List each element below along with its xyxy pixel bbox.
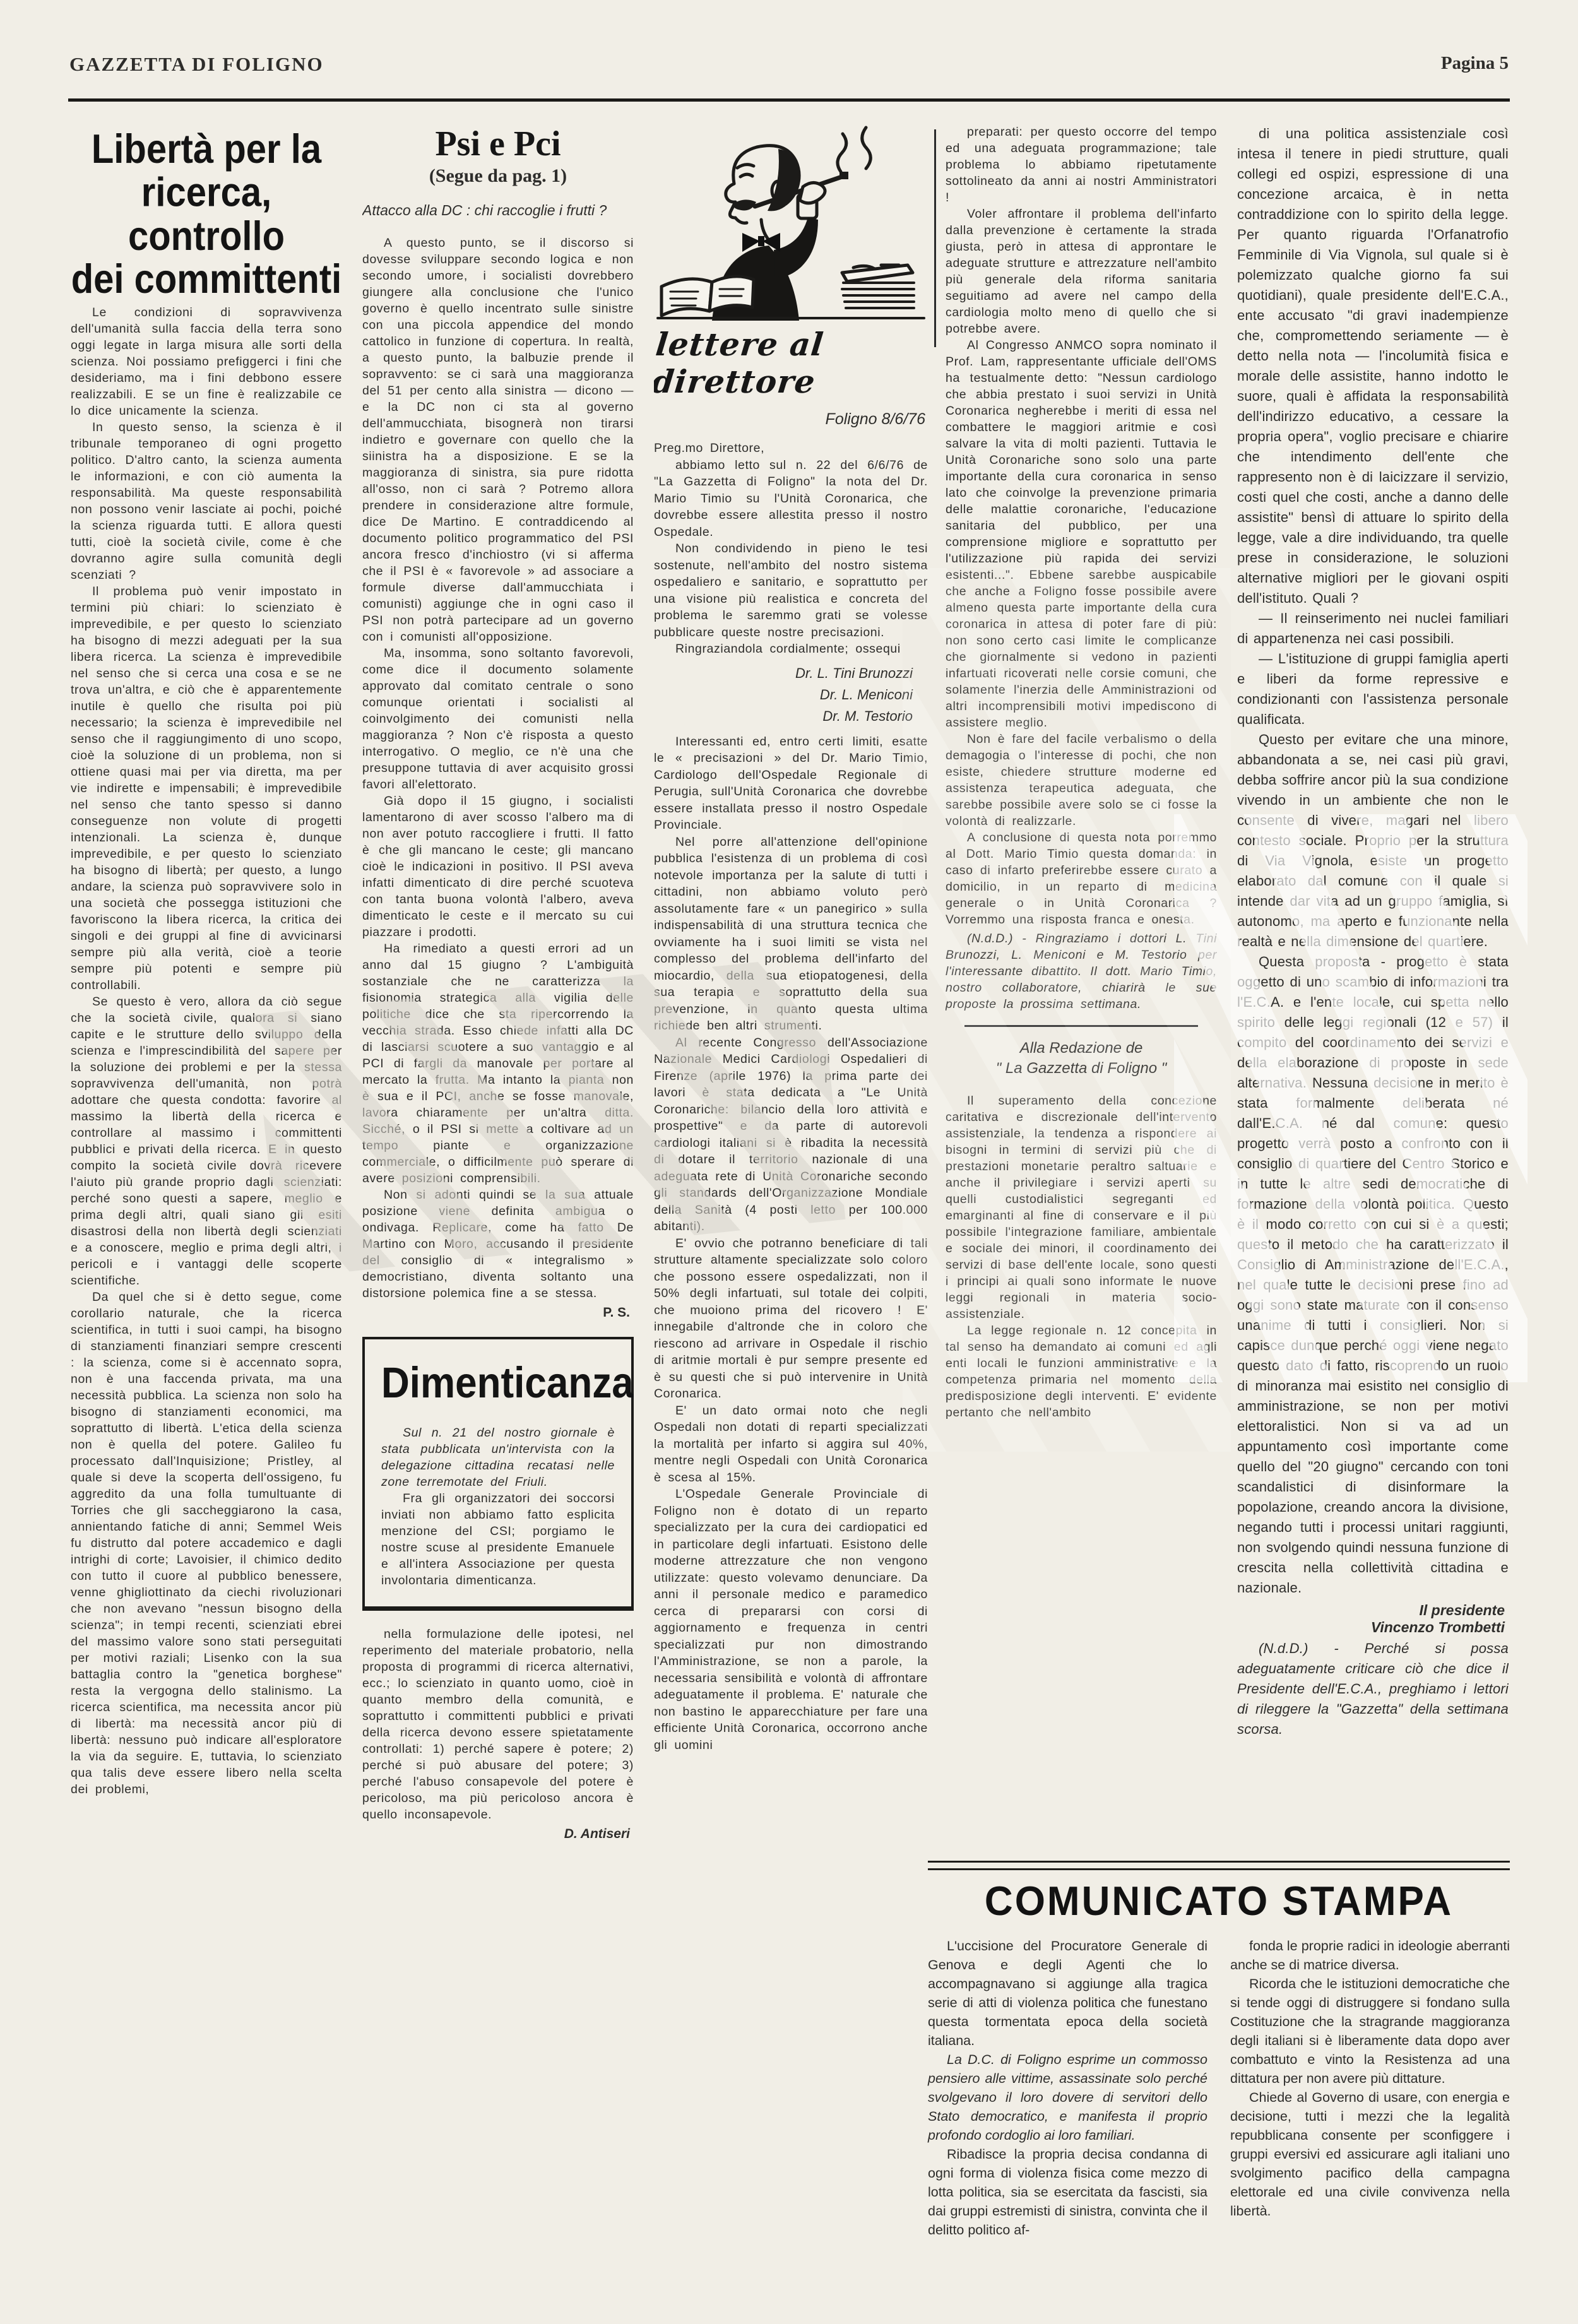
header-rule — [68, 98, 1510, 102]
paragraph: La legge regionale n. 12 concepita in ta… — [946, 1322, 1217, 1421]
article-liberta-body: Le condizioni di sopravvivenza dell'uman… — [71, 304, 342, 1798]
paragraph: Già dopo il 15 giugno, i socialisti lame… — [362, 793, 634, 940]
paragraph: Non si adonti quindi se la sua attuale p… — [362, 1187, 634, 1301]
address-heading: " La Gazzetta di Foligno " — [946, 1058, 1217, 1079]
paragraph: Ringraziandola cordialmente; ossequi — [654, 641, 928, 658]
paragraph: Nel porre all'attenzione dell'opinione p… — [654, 834, 928, 1035]
address-heading: Alla Redazione de — [946, 1038, 1217, 1058]
paragraph: Se questo è vero, allora da ciò segue ch… — [71, 993, 342, 1289]
comunicato-left: L'uccisione del Procuratore Generale di … — [928, 1936, 1207, 2239]
paragraph: L'Ospedale Generale Provinciale di Folig… — [654, 1486, 928, 1753]
column-3: lettere al direttore Foligno 8/6/76 Preg… — [654, 124, 928, 2314]
paragraph: Chiede al Governo di usare, con energia … — [1230, 2088, 1510, 2220]
paragraph: Ribadisce la propria decisa condanna di … — [928, 2145, 1207, 2239]
paragraph: Ha rimediato a questi errori ad un anno … — [362, 940, 634, 1187]
paragraph: — Il reinserimento nei nuclei familiari … — [1237, 608, 1509, 649]
paragraph: preparati: per questo occorre del tempo … — [946, 124, 1217, 206]
editors-note: (N.d.D.) - Ringraziamo i dottori L. Tini… — [946, 930, 1217, 1012]
headline-line: ricerca, controllo — [128, 170, 285, 259]
comunicato-columns: L'uccisione del Procuratore Generale di … — [928, 1936, 1510, 2239]
signature-antiseri: D. Antiseri — [362, 1827, 630, 1842]
paragraph: di una politica assistenziale così intes… — [1237, 124, 1509, 608]
article-kicker: Attacco alla DC : chi raccoglie i frutti… — [362, 201, 634, 220]
column-4: preparati: per questo occorre del tempo … — [946, 124, 1217, 1858]
comunicato-stampa: COMUNICATO STAMPA L'uccisione del Procur… — [928, 1861, 1510, 2239]
paragraph: In questo senso, la scienza è il tribuna… — [71, 419, 342, 583]
paragraph: Interessanti ed, entro certi limiti, esa… — [654, 733, 928, 834]
article-liberta-continuation: nella formulazione delle ipotesi, nel re… — [362, 1626, 634, 1823]
paragraph: Al Congresso ANMCO sopra nominato il Pro… — [946, 337, 1217, 731]
paragraph: Fra gli organizzatori dei soccorsi invia… — [381, 1490, 615, 1589]
headline-comunicato: COMUNICATO STAMPA — [928, 1878, 1510, 1925]
paragraph: Non condividendo in pieno le tesi sosten… — [654, 540, 928, 641]
letter-signatures: Dr. L. Tini Brunozzi Dr. L. Meniconi Dr.… — [654, 663, 913, 727]
salutation: Preg.mo Direttore, — [654, 440, 928, 457]
column-2: Psi e Pci (Segue da pag. 1) Attacco alla… — [362, 124, 634, 2314]
paragraph: Il superamento della concezione caritati… — [946, 1093, 1217, 1322]
reply-continuation: preparati: per questo occorre del tempo … — [946, 124, 1217, 928]
column-1: Libertà per la ricerca, controllo dei co… — [71, 124, 342, 2314]
paragraph: fonda le proprie radici in ideologie abe… — [1230, 1936, 1510, 1974]
paragraph: Le condizioni di sopravvivenza dell'uman… — [71, 304, 342, 419]
paragraph: E' un dato ormai noto che negli Ospedali… — [654, 1402, 928, 1486]
signature-name: Vincenzo Trombetti — [1237, 1619, 1505, 1636]
dimenticanza-body: Sul n. 21 del nostro giornale è stata pu… — [381, 1425, 615, 1589]
column-5: di una politica assistenziale così intes… — [1237, 124, 1509, 1858]
paragraph: (N.d.D.) - Ringraziamo i dottori L. Tini… — [946, 930, 1217, 1012]
paragraph: La D.C. di Foligno esprime un commosso p… — [928, 2050, 1207, 2145]
eca-letter-start: Il superamento della concezione caritati… — [946, 1093, 1217, 1421]
letter-body: Preg.mo Direttore, — [654, 440, 928, 457]
page-header: GAZZETTA DI FOLIGNO Pagina 5 — [69, 53, 1509, 76]
paragraph: E' ovvio che potranno beneficiare di tal… — [654, 1235, 928, 1402]
headline-line: Libertà per la — [92, 126, 321, 172]
headline-liberta: Libertà per la ricerca, controllo dei co… — [71, 127, 342, 301]
box-dimenticanza: Dimenticanza Sul n. 21 del nostro giorna… — [362, 1337, 634, 1611]
signature: Dr. M. Testorio — [654, 706, 913, 727]
paragraph: Sul n. 21 del nostro giornale è stata pu… — [381, 1425, 615, 1490]
paragraph: — L'istituzione di gruppi famiglia apert… — [1237, 649, 1509, 730]
masthead-title: GAZZETTA DI FOLIGNO — [69, 53, 324, 76]
newspaper-page: GAZZETTA DI FOLIGNO Pagina 5 Libertà per… — [0, 0, 1578, 2324]
page-number: Pagina 5 — [1441, 53, 1509, 76]
paragraph: Questo per evitare che una minore, abban… — [1237, 730, 1509, 952]
paragraph: (N.d.D.) - Perché si possa adeguatamente… — [1237, 1639, 1509, 1740]
eca-letter-continuation: di una politica assistenziale così intes… — [1237, 124, 1509, 1598]
signature: Dr. L. Tini Brunozzi — [654, 663, 913, 684]
rubric-lettere-al-direttore: lettere al direttore — [654, 326, 928, 400]
headline-dimenticanza: Dimenticanza — [381, 1358, 615, 1408]
dateline: Foligno 8/6/76 — [654, 410, 925, 429]
paragraph: nella formulazione delle ipotesi, nel re… — [362, 1626, 634, 1823]
reply-paragraphs: Interessanti ed, entro certi limiti, esa… — [654, 733, 928, 1754]
paragraph: A questo punto, se il discorso si dovess… — [362, 235, 634, 645]
comunicato-right: fonda le proprie radici in ideologie abe… — [1230, 1936, 1510, 2239]
double-rule — [928, 1861, 1510, 1870]
signature: Dr. L. Meniconi — [654, 684, 913, 706]
paragraph: Voler affrontare il problema dell'infart… — [946, 206, 1217, 337]
paragraph: Da quel che si è detto segue, come corol… — [71, 1289, 342, 1798]
letter-paragraphs: abbiamo letto sul n. 22 del 6/6/76 de "L… — [654, 457, 928, 658]
paragraph: Ricorda che le istituzioni democratiche … — [1230, 1974, 1510, 2088]
paragraph: Questa proposta - progetto è stata ogget… — [1237, 952, 1509, 1598]
signature-role: Il presidente — [1237, 1602, 1505, 1619]
section-rule — [964, 1025, 1198, 1027]
signature-ps: P. S. — [362, 1305, 630, 1320]
paragraph: Non è fare del facile verbalismo o della… — [946, 731, 1217, 829]
paragraph: Ma, insomma, sono soltanto favorevoli, c… — [362, 645, 634, 793]
headline-line: dei committenti — [71, 256, 342, 302]
editor-cartoon-illustration — [654, 124, 928, 321]
smoke-icon — [838, 134, 846, 172]
paragraph: A conclusione di questa nota porremmo al… — [946, 829, 1217, 928]
column-divider — [934, 129, 936, 347]
headline-psi-pci: Psi e Pci — [362, 124, 634, 164]
continued-from: (Segue da pag. 1) — [362, 165, 634, 187]
article-psi-body: A questo punto, se il discorso si dovess… — [362, 235, 634, 1301]
paragraph: L'uccisione del Procuratore Generale di … — [928, 1936, 1207, 2050]
paragraph: Al recente Congresso dell'Associazione N… — [654, 1035, 928, 1235]
paragraph: Il problema può venir impostato in termi… — [71, 583, 342, 993]
paragraph: abbiamo letto sul n. 22 del 6/6/76 de "L… — [654, 457, 928, 541]
editors-note-2: (N.d.D.) - Perché si possa adeguatamente… — [1237, 1639, 1509, 1740]
